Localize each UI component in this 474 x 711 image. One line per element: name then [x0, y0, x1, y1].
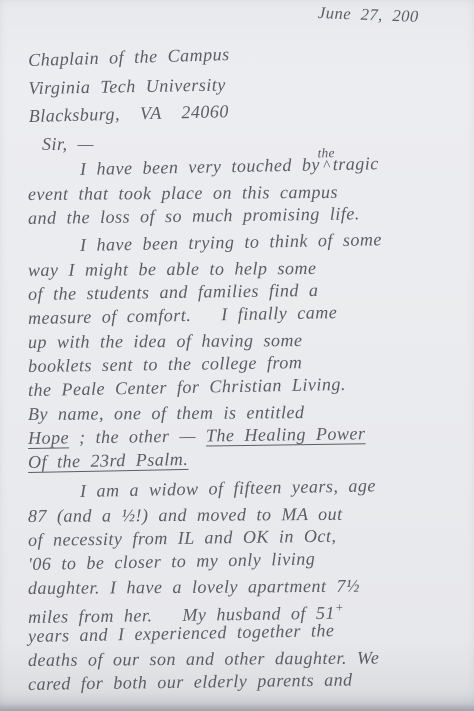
text-segment: years and I experienced together the	[28, 620, 335, 646]
text-segment: up with the idea of having some	[28, 330, 303, 352]
text-segment: '06 to be closer to my only living	[28, 548, 316, 574]
text-segment: Virginia Tech University	[28, 75, 226, 98]
text-segment: daughter. I have a lovely apartment 7½	[28, 576, 360, 598]
text-segment: I have been very touched by	[80, 154, 320, 179]
text-segment: Of the 23rd Psalm.	[28, 449, 189, 472]
text-segment: measure of comfort. I finally came	[28, 302, 338, 328]
text-segment: I have been trying to think of some	[80, 229, 382, 255]
text-segment: By name, one of them is entitled	[28, 402, 305, 424]
text-segment: Blacksburg, VA 24060	[28, 101, 229, 126]
inserted-word-above-caret: the^	[320, 152, 333, 178]
text-segment: The Healing Power	[206, 423, 366, 445]
text-segment: the Peale Center for Christian Living.	[28, 374, 346, 400]
letter-page: { "letter": { "ink_color": "#5c5c64", "p…	[0, 0, 474, 711]
text-segment: event that took place on this campus	[28, 182, 338, 204]
text-segment: Chaplain of the Campus	[28, 44, 230, 70]
text-segment: tragic	[333, 153, 379, 174]
letter-content: Chaplain of the CampusVirginia Tech Univ…	[28, 2, 474, 696]
handwritten-line: and the loss of so much promising life.	[28, 200, 474, 230]
text-segment: booklets sent to the college from	[28, 352, 303, 376]
handwritten-line: cared for both our elderly parents and	[28, 666, 474, 696]
text-segment: I am a widow of fifteen years, age	[80, 475, 376, 501]
text-segment: and the loss of so much promising life.	[28, 203, 360, 228]
paragraph-2: I have been trying to think of someway I…	[28, 234, 474, 474]
inserted-word: the	[317, 141, 335, 165]
handwritten-line: I am a widow of fifteen years, age	[28, 471, 474, 504]
text-segment: ; the other —	[69, 426, 206, 448]
text-segment: +	[335, 600, 344, 615]
text-segment: 87 (and a ½!) and moved to MA out	[28, 504, 343, 526]
paragraph-3: I am a widow of fifteen years, age87 (an…	[28, 480, 474, 696]
text-segment: Hope	[28, 427, 69, 448]
handwritten-line: I have been trying to think of some	[28, 225, 474, 258]
text-segment: way I might be able to help some	[28, 258, 317, 280]
text-segment: cared for both our elderly parents and	[28, 669, 353, 694]
text-segment: deaths of our son and other daughter. We	[28, 648, 379, 670]
recipient-address: Chaplain of the CampusVirginia Tech Univ…	[28, 41, 474, 130]
paragraph-1: I have been very touched bythe^tragiceve…	[28, 158, 474, 230]
paper-bottom-edge	[0, 704, 474, 711]
letter-paper: June 27, 200 Chaplain of the CampusVirgi…	[0, 0, 474, 711]
